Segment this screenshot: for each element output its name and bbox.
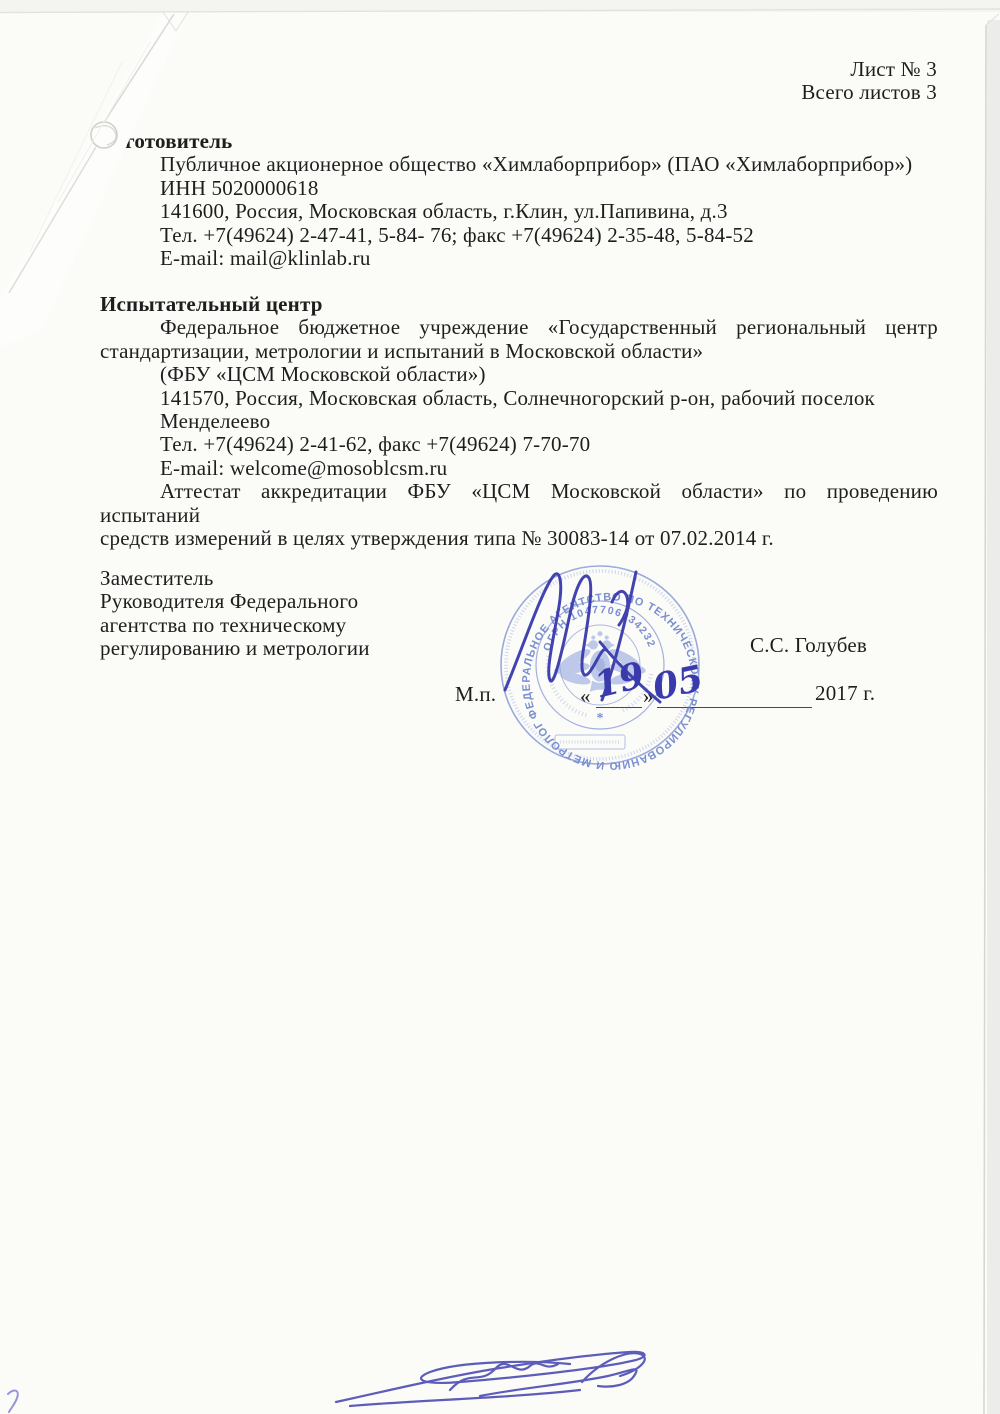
manufacturer-section: Изготовитель Публичное акционерное общес… — [100, 130, 960, 270]
test-center-abbr-line: (ФБУ «ЦСМ Московской области») — [100, 363, 938, 386]
test-center-phone-line: Тел. +7(49624) 2-41-62, факс +7(49624) 7… — [100, 433, 938, 456]
top-scan-edge — [0, 0, 1000, 12]
manufacturer-inn-line: ИНН 5020000618 — [100, 177, 960, 200]
test-center-section: Испытательный центр Федеральное бюджетно… — [100, 293, 938, 550]
signer-title-block: Заместитель Руководителя Федерального аг… — [100, 567, 430, 661]
stray-ink-mark — [4, 1388, 28, 1414]
total-sheets-label: Всего листов 3 — [801, 81, 937, 104]
manufacturer-phone-line: Тел. +7(49624) 2-47-41, 5-84- 76; факс +… — [100, 224, 960, 247]
signer-title-line: Заместитель — [100, 567, 430, 590]
accreditation-line2: средств измерений в целях утверждения ти… — [100, 527, 938, 550]
test-center-email-line: E-mail: welcome@mosoblcsm.ru — [100, 457, 938, 480]
manufacturer-address-line: 141600, Россия, Московская область, г.Кл… — [100, 200, 960, 223]
handwritten-day: 19 — [590, 654, 649, 707]
test-center-name-line1: Федеральное бюджетное учреждение «Госуда… — [100, 316, 938, 339]
signer-title-line: агентства по техническому — [100, 614, 430, 637]
handwritten-month: 05 — [649, 657, 707, 709]
manufacturer-email-line: E-mail: mail@klinlab.ru — [100, 247, 960, 270]
bottom-signature — [330, 1338, 662, 1414]
test-center-name-line2: стандартизации, метрологии и испытаний в… — [100, 340, 938, 363]
accreditation-line1: Аттестат аккредитации ФБУ «ЦСМ Московско… — [100, 480, 938, 527]
fold-notch — [163, 12, 188, 31]
test-center-heading: Испытательный центр — [100, 293, 938, 316]
handwritten-ink-layer: 19 05 — [440, 550, 900, 790]
sheet-number-label: Лист № 3 — [801, 58, 937, 81]
signer-title-line: Руководителя Федерального — [100, 590, 430, 613]
scanned-certificate-page: { "page_header": { "sheet": "Лист № 3", … — [0, 0, 1000, 1414]
test-center-address-line: 141570, Россия, Московская область, Солн… — [100, 387, 938, 434]
manufacturer-heading: Изготовитель — [100, 130, 960, 153]
right-scan-edge — [984, 25, 986, 1414]
sheet-counter-block: Лист № 3 Всего листов 3 — [801, 58, 937, 105]
signer-title-line: регулированию и метрологии — [100, 637, 430, 660]
manufacturer-name-line: Публичное акционерное общество «Химлабор… — [100, 153, 960, 176]
